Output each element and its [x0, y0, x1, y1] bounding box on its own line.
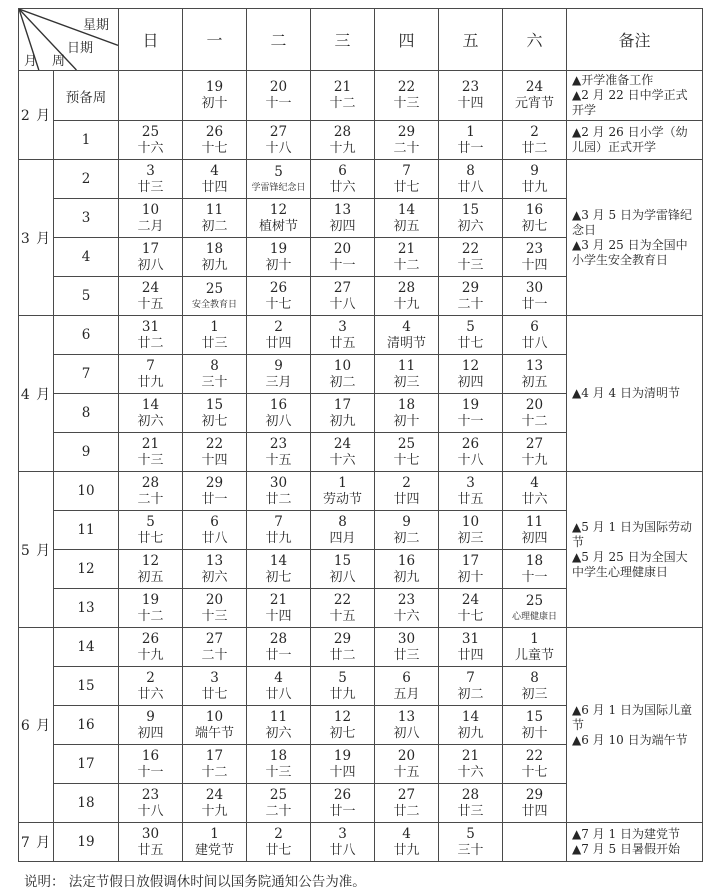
solar-date: 10: [439, 514, 502, 531]
day-cell: 24十五: [119, 277, 183, 316]
solar-date: 10: [119, 202, 182, 219]
day-cell: 20十三: [183, 589, 247, 628]
lunar-or-festival-label: 初七: [311, 726, 374, 742]
lunar-or-festival-label: 廿七: [119, 531, 182, 547]
solar-date: 16: [119, 748, 182, 765]
day-cell: 2廿七: [247, 823, 311, 862]
lunar-or-festival-label: 廿一: [183, 492, 246, 508]
lunar-or-festival-label: 十二: [119, 609, 182, 625]
day-cell: 1劳动节: [311, 472, 375, 511]
solar-date: 19: [247, 241, 310, 258]
lunar-or-festival-label: 初四: [503, 531, 566, 547]
day-cell: 21十六: [439, 745, 503, 784]
day-cell: 4廿九: [375, 823, 439, 862]
lunar-or-festival-label: 初五: [119, 570, 182, 586]
day-cell: 14初九: [439, 706, 503, 745]
week-number-cell: 6: [54, 316, 119, 355]
lunar-or-festival-label: 清明节: [375, 336, 438, 352]
day-cell: 1廿一: [439, 121, 503, 160]
day-cell: 17初八: [119, 238, 183, 277]
lunar-or-festival-label: 十七: [503, 765, 566, 781]
lunar-or-festival-label: 十四: [183, 453, 246, 469]
day-cell: 12初五: [119, 550, 183, 589]
solar-date: 4: [183, 163, 246, 180]
lunar-or-festival-label: 二十: [119, 492, 182, 508]
lunar-or-festival-label: 廿七: [375, 180, 438, 196]
day-header-sat: 六: [503, 9, 567, 71]
day-cell: 18十一: [503, 550, 567, 589]
lunar-or-festival-label: 廿三: [183, 336, 246, 352]
lunar-or-festival-label: 初九: [375, 570, 438, 586]
solar-date: 27: [375, 787, 438, 804]
lunar-or-festival-label: 三十: [183, 375, 246, 391]
lunar-or-festival-label: 初六: [119, 414, 182, 430]
day-cell: 2廿四: [375, 472, 439, 511]
day-cell: 16十一: [119, 745, 183, 784]
lunar-or-festival-label: 廿八: [503, 336, 566, 352]
solar-date: 9: [247, 358, 310, 375]
solar-date: 25: [119, 124, 182, 141]
day-cell: 31廿二: [119, 316, 183, 355]
day-cell: 23十四: [503, 238, 567, 277]
lunar-or-festival-label: 十一: [311, 258, 374, 274]
solar-date: 24: [503, 79, 566, 96]
day-cell: 22十七: [503, 745, 567, 784]
solar-date: 16: [375, 553, 438, 570]
day-cell: 13初六: [183, 550, 247, 589]
day-cell: 5学雷锋纪念日: [247, 160, 311, 199]
solar-date: 4: [375, 826, 438, 843]
lunar-or-festival-label: 十四: [439, 96, 502, 112]
lunar-or-festival-label: 廿二: [503, 141, 566, 157]
lunar-or-festival-label: 廿七: [247, 843, 310, 859]
solar-date: 18: [375, 397, 438, 414]
solar-date: 29: [183, 475, 246, 492]
day-cell: 5三十: [439, 823, 503, 862]
day-cell: 29二十: [439, 277, 503, 316]
remark-line: ▲5 月 1 日为国际劳动节: [572, 520, 699, 550]
day-header-mon: 一: [183, 9, 247, 71]
solar-date: 21: [247, 592, 310, 609]
day-cell: 24元宵节: [503, 71, 567, 121]
day-cell: 19初十: [183, 71, 247, 121]
solar-date: 3: [311, 319, 374, 336]
remarks-cell: ▲开学准备工作▲2 月 22 日中学正式开学: [567, 71, 703, 121]
calendar-week-row: 2 月预备周19初十20十一21十二22十三23十四24元宵节▲开学准备工作▲2…: [19, 71, 703, 121]
lunar-or-festival-label: 初二: [439, 687, 502, 703]
corner-weekday-label: 星期: [83, 14, 109, 33]
lunar-or-festival-label: 十五: [311, 609, 374, 625]
lunar-or-festival-label: 廿七: [183, 687, 246, 703]
day-cell: 13初四: [311, 199, 375, 238]
day-cell: 25二十: [247, 784, 311, 823]
day-cell: 28十九: [375, 277, 439, 316]
lunar-or-festival-label: 初八: [119, 258, 182, 274]
lunar-or-festival-label: 初十: [439, 570, 502, 586]
solar-date: 15: [439, 202, 502, 219]
solar-date: 21: [311, 79, 374, 96]
solar-date: 14: [247, 553, 310, 570]
solar-date: 18: [247, 748, 310, 765]
solar-date: 3: [439, 475, 502, 492]
solar-date: 17: [439, 553, 502, 570]
solar-date: 30: [247, 475, 310, 492]
solar-date: 22: [311, 592, 374, 609]
lunar-or-festival-label: 十九: [503, 453, 566, 469]
lunar-or-festival-label: 初九: [183, 258, 246, 274]
solar-date: 20: [183, 592, 246, 609]
solar-date: 13: [311, 202, 374, 219]
lunar-or-festival-label: 四月: [311, 531, 374, 547]
lunar-or-festival-label: 初八: [247, 414, 310, 430]
lunar-or-festival-label: 初二: [183, 219, 246, 235]
day-cell: 15初八: [311, 550, 375, 589]
day-cell: 3廿七: [183, 667, 247, 706]
day-cell: 17初十: [439, 550, 503, 589]
day-cell: 21十二: [375, 238, 439, 277]
day-cell: 2廿六: [119, 667, 183, 706]
lunar-or-festival-label: 十四: [247, 609, 310, 625]
remark-line: ▲5 月 25 日为全国大中学生心理健康日: [572, 550, 699, 580]
day-cell: 26十九: [119, 628, 183, 667]
day-cell: 5廿七: [439, 316, 503, 355]
solar-date: 4: [503, 475, 566, 492]
lunar-or-festival-label: 十三: [247, 765, 310, 781]
solar-date: 2: [119, 670, 182, 687]
month-cell: 2 月: [19, 71, 54, 160]
lunar-or-festival-label: 十九: [311, 141, 374, 157]
lunar-or-festival-label: 廿四: [247, 336, 310, 352]
lunar-or-festival-label: 安全教育日: [183, 298, 246, 312]
lunar-or-festival-label: 建党节: [183, 843, 246, 859]
solar-date: 12: [119, 553, 182, 570]
remark-line: ▲6 月 10 日为端午节: [572, 733, 699, 748]
day-cell: [119, 71, 183, 121]
solar-date: 10: [311, 358, 374, 375]
solar-date: 5: [247, 164, 310, 181]
week-number-cell: 17: [54, 745, 119, 784]
week-number-cell: 4: [54, 238, 119, 277]
lunar-or-festival-label: 廿四: [183, 180, 246, 196]
day-cell: 2廿四: [247, 316, 311, 355]
day-cell: 6廿六: [311, 160, 375, 199]
lunar-or-festival-label: 十七: [247, 297, 310, 313]
solar-date: 1: [503, 631, 566, 648]
day-cell: 4廿四: [183, 160, 247, 199]
lunar-or-festival-label: 初六: [247, 726, 310, 742]
calendar-body: 2 月预备周19初十20十一21十二22十三23十四24元宵节▲开学准备工作▲2…: [19, 71, 703, 862]
lunar-or-festival-label: 十七: [375, 453, 438, 469]
solar-date: 12: [311, 709, 374, 726]
day-cell: 5廿九: [311, 667, 375, 706]
lunar-or-festival-label: 十九: [375, 297, 438, 313]
lunar-or-festival-label: 廿六: [311, 180, 374, 196]
day-cell: 3廿五: [311, 316, 375, 355]
remarks-cell: ▲3 月 5 日为学雷锋纪念日▲3 月 25 日为全国中小学生安全教育日: [567, 160, 703, 316]
lunar-or-festival-label: 初七: [503, 219, 566, 235]
solar-date: 1: [183, 319, 246, 336]
day-cell: 26十八: [439, 433, 503, 472]
lunar-or-festival-label: 二十: [439, 297, 502, 313]
week-number-cell: 12: [54, 550, 119, 589]
day-cell: 11初二: [183, 199, 247, 238]
day-cell: 6五月: [375, 667, 439, 706]
lunar-or-festival-label: 十一: [439, 414, 502, 430]
solar-date: 16: [247, 397, 310, 414]
day-cell: 22十三: [439, 238, 503, 277]
day-cell: 20十一: [311, 238, 375, 277]
solar-date: 29: [375, 124, 438, 141]
day-cell: 23十八: [119, 784, 183, 823]
lunar-or-festival-label: 二月: [119, 219, 182, 235]
day-cell: 8三十: [183, 355, 247, 394]
remark-line: ▲7 月 1 日为建党节: [572, 827, 699, 842]
lunar-or-festival-label: 廿二: [247, 492, 310, 508]
day-cell: 29廿一: [183, 472, 247, 511]
day-cell: 23十六: [375, 589, 439, 628]
solar-date: 25: [503, 593, 566, 610]
day-cell: 15初七: [183, 394, 247, 433]
lunar-or-festival-label: 初二: [311, 375, 374, 391]
solar-date: 23: [375, 592, 438, 609]
day-cell: 11初六: [247, 706, 311, 745]
day-cell: 29廿二: [311, 628, 375, 667]
lunar-or-festival-label: 廿九: [247, 531, 310, 547]
solar-date: 8: [311, 514, 374, 531]
corner-month-label: 月: [24, 50, 37, 69]
month-cell: 6 月: [19, 628, 54, 823]
day-cell: 13初五: [503, 355, 567, 394]
lunar-or-festival-label: 十六: [439, 765, 502, 781]
lunar-or-festival-label: 初五: [375, 219, 438, 235]
lunar-or-festival-label: 廿二: [311, 648, 374, 664]
solar-date: 3: [183, 670, 246, 687]
day-cell: 15初六: [439, 199, 503, 238]
day-cell: 1儿童节: [503, 628, 567, 667]
lunar-or-festival-label: 五月: [375, 687, 438, 703]
solar-date: 18: [503, 553, 566, 570]
lunar-or-festival-label: 心理健康日: [503, 610, 566, 624]
lunar-or-festival-label: 十一: [247, 96, 310, 112]
lunar-or-festival-label: 十六: [119, 141, 182, 157]
solar-date: 24: [311, 436, 374, 453]
solar-date: 26: [119, 631, 182, 648]
remarks-cell: ▲7 月 1 日为建党节▲7 月 5 日暑假开始: [567, 823, 703, 862]
week-number-cell: 14: [54, 628, 119, 667]
lunar-or-festival-label: 三十: [439, 843, 502, 859]
lunar-or-festival-label: 廿一: [247, 648, 310, 664]
lunar-or-festival-label: 十三: [119, 453, 182, 469]
remark-line: ▲3 月 5 日为学雷锋纪念日: [572, 208, 699, 238]
calendar-week-row: 3 月23廿三4廿四5学雷锋纪念日6廿六7廿七8廿八9廿九▲3 月 5 日为学雷…: [19, 160, 703, 199]
school-calendar-table: 星期 日期 月 周 日 一 二 三 四 五 六 备注 2 月预备周19初十20十…: [18, 8, 703, 862]
solar-date: 5: [439, 826, 502, 843]
lunar-or-festival-label: 廿四: [439, 648, 502, 664]
day-cell: 10二月: [119, 199, 183, 238]
day-cell: 27廿二: [375, 784, 439, 823]
day-cell: 3廿五: [439, 472, 503, 511]
lunar-or-festival-label: 廿三: [119, 180, 182, 196]
solar-date: 8: [183, 358, 246, 375]
day-cell: 25十七: [375, 433, 439, 472]
solar-date: 27: [311, 280, 374, 297]
solar-date: 4: [247, 670, 310, 687]
week-number-cell: 16: [54, 706, 119, 745]
lunar-or-festival-label: 十八: [311, 297, 374, 313]
day-cell: 16初七: [503, 199, 567, 238]
lunar-or-festival-label: 十七: [183, 141, 246, 157]
lunar-or-festival-label: 初四: [439, 375, 502, 391]
day-cell: 21十三: [119, 433, 183, 472]
day-cell: 6廿八: [503, 316, 567, 355]
day-cell: 7廿九: [119, 355, 183, 394]
day-cell: 10初二: [311, 355, 375, 394]
week-number-cell: 15: [54, 667, 119, 706]
solar-date: 8: [439, 163, 502, 180]
solar-date: 24: [119, 280, 182, 297]
day-cell: 30廿五: [119, 823, 183, 862]
month-cell: 3 月: [19, 160, 54, 316]
day-header-tue: 二: [247, 9, 311, 71]
day-cell: 7初二: [439, 667, 503, 706]
solar-date: 29: [311, 631, 374, 648]
remarks-cell: ▲2 月 26 日小学（幼儿园）正式开学: [567, 121, 703, 160]
day-cell: 9廿九: [503, 160, 567, 199]
lunar-or-festival-label: 廿八: [247, 687, 310, 703]
week-number-cell: 5: [54, 277, 119, 316]
day-cell: 19十四: [311, 745, 375, 784]
solar-date: 25: [375, 436, 438, 453]
day-cell: 19十一: [439, 394, 503, 433]
lunar-or-festival-label: 初八: [375, 726, 438, 742]
lunar-or-festival-label: 十二: [311, 96, 374, 112]
lunar-or-festival-label: 初六: [183, 570, 246, 586]
day-cell: 2廿二: [503, 121, 567, 160]
lunar-or-festival-label: 三月: [247, 375, 310, 391]
solar-date: 29: [439, 280, 502, 297]
lunar-or-festival-label: 廿八: [311, 843, 374, 859]
day-cell: 3廿三: [119, 160, 183, 199]
day-cell: 5廿七: [119, 511, 183, 550]
day-cell: 23十四: [439, 71, 503, 121]
lunar-or-festival-label: 初三: [439, 531, 502, 547]
day-cell: 26十七: [183, 121, 247, 160]
day-cell: 7廿七: [375, 160, 439, 199]
solar-date: 20: [311, 241, 374, 258]
lunar-or-festival-label: 学雷锋纪念日: [247, 181, 310, 195]
day-cell: 24十六: [311, 433, 375, 472]
day-cell: 18初九: [183, 238, 247, 277]
lunar-or-festival-label: 廿九: [119, 375, 182, 391]
day-cell: 7廿九: [247, 511, 311, 550]
lunar-or-festival-label: 廿六: [119, 687, 182, 703]
month-cell: 5 月: [19, 472, 54, 628]
day-cell: 17初九: [311, 394, 375, 433]
day-cell: 9初四: [119, 706, 183, 745]
day-cell: 30廿一: [503, 277, 567, 316]
solar-date: 30: [503, 280, 566, 297]
remark-line: ▲3 月 25 日为全国中小学生安全教育日: [572, 238, 699, 268]
solar-date: 26: [311, 787, 374, 804]
lunar-or-festival-label: 十八: [439, 453, 502, 469]
day-cell: 4廿八: [247, 667, 311, 706]
day-cell: 27十八: [247, 121, 311, 160]
lunar-or-festival-label: 端午节: [183, 726, 246, 742]
solar-date: 11: [375, 358, 438, 375]
solar-date: 27: [503, 436, 566, 453]
solar-date: 20: [375, 748, 438, 765]
day-cell: 19十二: [119, 589, 183, 628]
solar-date: 18: [183, 241, 246, 258]
solar-date: 29: [503, 787, 566, 804]
day-cell: 22十五: [311, 589, 375, 628]
lunar-or-festival-label: 十三: [183, 609, 246, 625]
solar-date: 23: [119, 787, 182, 804]
remark-line: ▲4 月 4 日为清明节: [572, 386, 699, 401]
solar-date: 19: [119, 592, 182, 609]
solar-date: 22: [439, 241, 502, 258]
day-cell: 8四月: [311, 511, 375, 550]
day-header-sun: 日: [119, 9, 183, 71]
day-cell: 18十三: [247, 745, 311, 784]
lunar-or-festival-label: 初三: [375, 375, 438, 391]
day-cell: 11初三: [375, 355, 439, 394]
lunar-or-festival-label: 二十: [247, 804, 310, 820]
solar-date: 24: [183, 787, 246, 804]
solar-date: 14: [375, 202, 438, 219]
lunar-or-festival-label: 初十: [503, 726, 566, 742]
week-number-cell: 10: [54, 472, 119, 511]
day-cell: 8廿八: [439, 160, 503, 199]
lunar-or-festival-label: 初九: [439, 726, 502, 742]
lunar-or-festival-label: 初五: [503, 375, 566, 391]
day-cell: 30廿二: [247, 472, 311, 511]
remarks-header: 备注: [567, 9, 703, 71]
lunar-or-festival-label: 十八: [247, 141, 310, 157]
lunar-or-festival-label: 廿二: [375, 804, 438, 820]
solar-date: 26: [247, 280, 310, 297]
lunar-or-festival-label: 十四: [311, 765, 374, 781]
lunar-or-festival-label: 十五: [119, 297, 182, 313]
school-calendar-page: 星期 日期 月 周 日 一 二 三 四 五 六 备注 2 月预备周19初十20十…: [0, 0, 720, 896]
solar-date: 28: [119, 475, 182, 492]
solar-date: 13: [503, 358, 566, 375]
day-cell: 25安全教育日: [183, 277, 247, 316]
day-cell: 27二十: [183, 628, 247, 667]
day-cell: 9三月: [247, 355, 311, 394]
lunar-or-festival-label: 十九: [119, 648, 182, 664]
day-cell: 11初四: [503, 511, 567, 550]
solar-date: 3: [311, 826, 374, 843]
solar-date: 26: [439, 436, 502, 453]
solar-date: 3: [119, 163, 182, 180]
solar-date: 15: [503, 709, 566, 726]
lunar-or-festival-label: 廿一: [503, 297, 566, 313]
solar-date: 30: [375, 631, 438, 648]
solar-date: 23: [247, 436, 310, 453]
solar-date: 7: [439, 670, 502, 687]
day-header-thu: 四: [375, 9, 439, 71]
week-number-cell: 3: [54, 199, 119, 238]
solar-date: 13: [183, 553, 246, 570]
day-cell: 14初五: [375, 199, 439, 238]
remark-line: ▲7 月 5 日暑假开始: [572, 842, 699, 857]
solar-date: 28: [311, 124, 374, 141]
solar-date: 6: [375, 670, 438, 687]
lunar-or-festival-label: 廿八: [439, 180, 502, 196]
lunar-or-festival-label: 初七: [247, 570, 310, 586]
week-number-cell: 11: [54, 511, 119, 550]
